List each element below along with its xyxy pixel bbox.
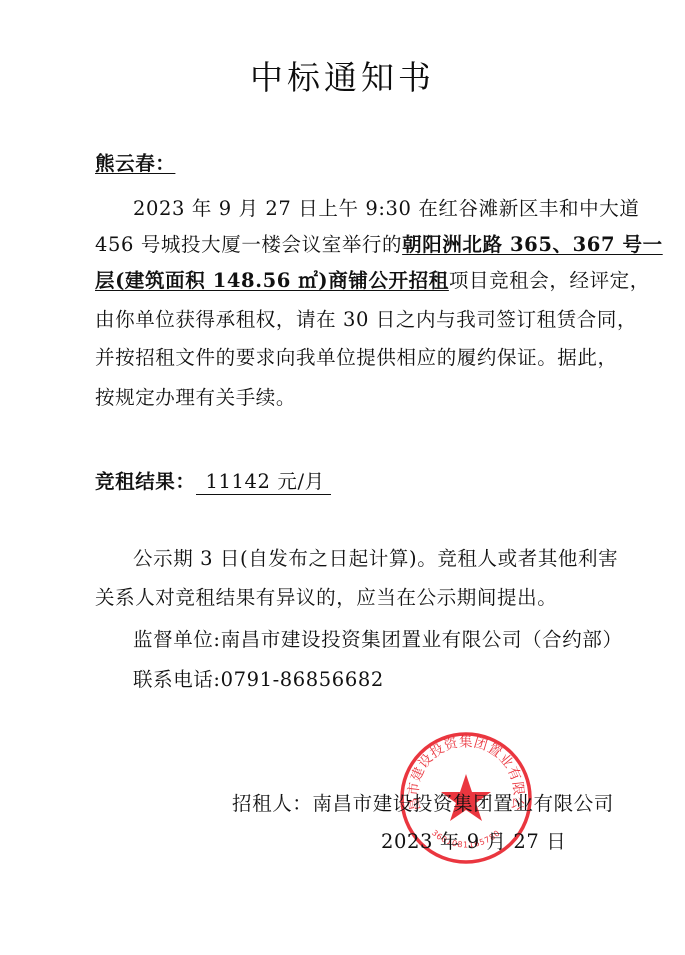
supervisor-unit: 监督单位:南昌市建设投资集团置业有限公司（合约部）	[133, 624, 623, 652]
notice-line2: 关系人对竞租结果有异议的，应当在公示期间提出。	[95, 582, 557, 610]
paragraph1-line3-suffix: 项目竞租会，经评定，	[449, 269, 650, 292]
recipient-name: 熊云春：	[95, 152, 175, 175]
rent-result: 竞租结果：11142 元/月	[95, 466, 331, 495]
paragraph1-line3: 层(建筑面积 148.56 ㎡)商铺公开招租项目竞租会，经评定，	[95, 265, 650, 293]
paragraph1-line1: 2023 年 9 月 27 日上午 9:30 在红谷滩新区丰和中大道	[133, 193, 639, 221]
rent-result-value: 11142 元/月	[196, 466, 331, 495]
paragraph1-line2: 456 号城投大厦一楼会议室举行的朝阳洲北路 365、367 号一	[95, 229, 663, 257]
signature-date: 2023 年 9 月 27 日	[381, 826, 566, 854]
paragraph1-line6: 按规定办理有关手续。	[95, 382, 296, 410]
paragraph1-line5: 并按招租文件的要求向我单位提供相应的履约保证。据此，	[95, 342, 618, 370]
paragraph1-line4: 由你单位获得承租权，请在 30 日之内与我司签订租赁合同，	[95, 304, 637, 332]
notice-line1: 公示期 3 日(自发布之日起计算)。竞租人或者其他利害	[133, 543, 618, 571]
contact-phone: 联系电话:0791-86856682	[133, 664, 384, 692]
project-name-part1: 朝阳洲北路 365、367 号一	[402, 233, 663, 256]
lessor-signature: 招租人：南昌市建设投资集团置业有限公司	[232, 788, 614, 816]
salutation: 熊云春：	[95, 148, 175, 176]
project-name-part2: 层(建筑面积 148.56 ㎡)商铺公开招租	[95, 269, 449, 292]
document-title: 中标通知书	[0, 52, 685, 99]
rent-result-label: 竞租结果：	[95, 470, 196, 493]
paragraph1-line2-prefix: 456 号城投大厦一楼会议室举行的	[95, 233, 402, 256]
